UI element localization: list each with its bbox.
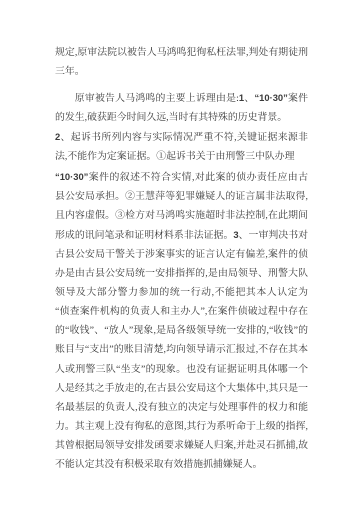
text-segment: 、起诉书所列内容与实际情况严重不符,关键证据来源非法,不能作为定案证据。①起诉书…: [55, 132, 308, 162]
document-body: 规定,原审法院以被告人马鸿鸣犯徇私枉法罪,判处有期徒刑三年。原审被告人马鸿鸣的主…: [55, 43, 308, 474]
text-segment: 规定,原审法院以被告人马鸿鸣犯徇私枉法罪,判处有期徒刑三年。: [55, 47, 308, 77]
text-segment: 、: [244, 93, 254, 104]
text-segment: 、一审判决书对古县公安局干警关于涉案事实的证言认定有偏差,案件的侦办是由古县公安…: [55, 230, 308, 470]
text-segment: “10·30”: [55, 171, 88, 182]
paragraph-appeal-reasons: 原审被告人马鸿鸣的主要上诉理由是:1、“10·30”案件的发生,破获距今时间久远…: [55, 88, 308, 474]
text-segment: 原审被告人马鸿鸣的主要上诉理由是:: [75, 93, 239, 104]
paragraph-judgment-result: 规定,原审法院以被告人马鸿鸣犯徇私枉法罪,判处有期徒刑三年。: [55, 43, 308, 81]
text-segment: “10·30”: [254, 92, 287, 103]
document-page: 规定,原审法院以被告人马鸿鸣犯徇私枉法罪,判处有期徒刑三年。原审被告人马鸿鸣的主…: [0, 0, 360, 509]
